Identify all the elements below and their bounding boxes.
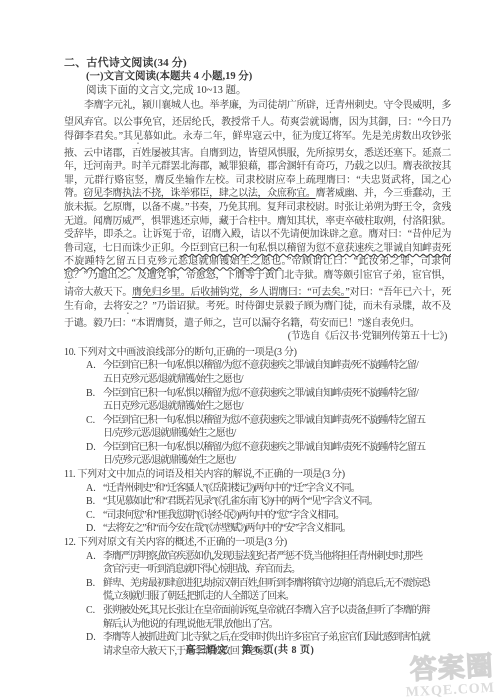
- passage-segment-dot: 见: [133, 131, 143, 142]
- watermark-brand-logo: 答案圈: [404, 653, 495, 685]
- option-line: “司隶何愆”和“匪我愆期”(《诗经·氓》)两句中的“愆”字含义相同。: [103, 509, 451, 523]
- section-title: 二、古代诗文阅读(34 分): [64, 56, 451, 70]
- option-C: C.“司隶何愆”和“匪我愆期”(《诗经·氓》)两句中的“愆”字含义相同。: [64, 509, 451, 523]
- option-line: 今臣到官已积一旬/私惧以稽留为愆/不意获速疾之罪/诚自知衅责/死不旋踵/特乞留五: [103, 414, 451, 428]
- footer-course-label: 高三语文: [186, 645, 228, 656]
- passage-segment-underline: 窃见李膺执法不挠，诛举邪臣，肆之以法，众庶称宜。: [83, 188, 315, 199]
- passage-segment-dot: 迁: [325, 100, 335, 111]
- option-line: 五日克殄元恶/退就鼎镬/始生之愿也/: [103, 373, 451, 387]
- option-label: C.: [86, 414, 103, 441]
- question-11: 11. 下列对文中加点的词语及相关内容的解说,不正确的一项是(3 分)A.“迁青…: [64, 468, 451, 536]
- option-text: “去将安之”和“而今安在哉”(《赤壁赋》)两句中的“安”字含义相同。: [103, 522, 451, 536]
- reading-instruction: 阅读下面的文言文,完成 10~13 题。: [86, 84, 451, 98]
- option-text: 鲜卑、羌虏最初肆意进犯,劫掠汉朝百姓,但听到李膺将镇守边境的消息后,无不震惊恐慌…: [103, 577, 451, 604]
- option-label: B.: [86, 387, 103, 414]
- option-text: “其见慕如此”和“君既若见录”(《孔雀东南飞》)中的两个“见”字含义不同。: [103, 495, 451, 509]
- option-label: C.: [86, 604, 103, 631]
- option-text: “迁青州刺史”和“迁客骚人”(《岳阳楼记》)两句中的“迁”字含义不同。: [103, 482, 451, 496]
- option-line: 今臣到官已积一旬/私惧以稽留/为愆不意获速疾之罪/诚自知衅责/死不旋踵/特乞留/: [103, 359, 451, 373]
- option-B: B.“其见慕如此”和“君既若见录”(《孔雀东南飞》)中的两个“见”字含义不同。: [64, 495, 451, 509]
- watermark: 答案圈 MXQE.COM: [404, 653, 495, 698]
- option-line: “去将安之”和“而今安在哉”(《赤壁赋》)两句中的“安”字含义相同。: [103, 522, 451, 536]
- option-text: 张朔被处死,其兄长张让在皇帝面前诉冤,皇帝就召李膺入宫予以责备,但听了李膺的辩解…: [103, 604, 451, 631]
- option-text: 今臣到官已积一旬/私惧以稽留为愆/不意获速疾之罪/诚自知衅/责死不旋踵/特乞留/…: [103, 387, 451, 414]
- passage-segment-dot: 安: [123, 301, 133, 312]
- option-line: 李膺严厉明察,做官疾恶如仇,发现违法犯纪者严惩不贷,当他将担任青州刺史时,那些: [103, 550, 451, 564]
- option-line: “其见慕如此”和“君既若见录”(《孔雀东南飞》)中的两个“见”字含义不同。: [103, 495, 451, 509]
- question-stem: 10. 下列对文中画波浪线部分的断句,正确的一项是(3 分): [64, 346, 451, 360]
- option-label: A.: [86, 482, 103, 496]
- option-D: D.今臣到官已积一旬/私惧以稽留/为愆不意获速疾之罪/诚自知衅/责死不旋踵/特乞…: [64, 441, 451, 468]
- option-line: 张朔被处死,其兄长张让在皇帝面前诉冤,皇帝就召李膺入宫予以责备,但听了李膺的辩: [103, 604, 451, 618]
- option-label: B.: [86, 577, 103, 604]
- option-line: 慌,立刻就归服了朝廷,把抓走的人全都送了回来。: [103, 590, 451, 604]
- passage-attribution: (节选自《后汉书·党锢列传第五十七》): [64, 330, 451, 344]
- option-C: C.今臣到官已积一旬/私惧以稽留为愆/不意获速疾之罪/诚自知衅责/死不旋踵/特乞…: [64, 414, 451, 441]
- option-A: A.李膺严厉明察,做官疾恶如仇,发现违法犯纪者严惩不贷,当他将担任青州刺史时,那…: [64, 550, 451, 577]
- option-C: C.张朔被处死,其兄长张让在皇帝面前诉冤,皇帝就召李膺入宫予以责备,但听了李膺的…: [64, 604, 451, 631]
- option-A: A.今臣到官已积一旬/私惧以稽留/为愆不意获速疾之罪/诚自知衅责/死不旋踵/特乞…: [64, 359, 451, 386]
- option-line: 解后,认为他说的有理,说他无罪,放他出了宫。: [103, 618, 451, 632]
- classical-passage: 李膺字元礼，颍川襄城人也。举孝廉，为司徒胡广所辟，迁青州刺史。守令畏威明，多望风…: [64, 99, 451, 330]
- question-stem: 11. 下列对文中加点的词语及相关内容的解说,不正确的一项是(3 分): [64, 468, 451, 482]
- option-D: D.“去将安之”和“而今安在哉”(《赤壁赋》)两句中的“安”字含义相同。: [64, 522, 451, 536]
- option-line: 今臣到官已积一旬/私惧以稽留为愆/不意获速疾之罪/诚自知衅/责死不旋踵/特乞留/: [103, 387, 451, 401]
- option-text: 李膺严厉明察,做官疾恶如仇,发现违法犯纪者严惩不贷,当他将担任青州刺史时,那些贪…: [103, 550, 451, 577]
- option-A: A.“迁青州刺史”和“迁客骚人”(《岳阳楼记》)两句中的“迁”字含义不同。: [64, 482, 451, 496]
- option-line: 日/克殄元恶/退就鼎镬/始生之愿也/: [103, 427, 451, 441]
- option-B: B.鲜卑、羌虏最初肆意进犯,劫掠汉朝百姓,但听到李膺将镇守边境的消息后,无不震惊…: [64, 577, 451, 604]
- subsection-title: (一)文言文阅读(本题共 4 小题,19 分): [86, 70, 451, 84]
- exam-page: 二、古代诗文阅读(34 分) (一)文言文阅读(本题共 4 小题,19 分) 阅…: [0, 0, 500, 698]
- passage-segment-underline: 膺免归乡里。后收捕钩党，乡人谓膺曰：“可去矣。”: [132, 287, 349, 298]
- option-line: “迁青州刺史”和“迁客骚人”(《岳阳楼记》)两句中的“迁”字含义不同。: [103, 482, 451, 496]
- option-B: B.今臣到官已积一旬/私惧以稽留为愆/不意获速疾之罪/诚自知衅/责死不旋踵/特乞…: [64, 387, 451, 414]
- option-label: A.: [86, 359, 103, 386]
- footer-page-number: 第 6 页(共 8 页): [242, 645, 315, 656]
- question-10: 10. 下列对文中画波浪线部分的断句,正确的一项是(3 分)A.今臣到官已积一旬…: [64, 346, 451, 468]
- passage-segment-normal: 。”帝顾谓让曰：“此汝弟之罪，司隶何: [281, 256, 451, 267]
- option-line: 五日克殄元恶/退就鼎镬/始生之愿也/: [103, 400, 451, 414]
- option-label: C.: [86, 509, 103, 523]
- page-content: 二、古代诗文阅读(34 分) (一)文言文阅读(本题共 4 小题,19 分) 阅…: [64, 56, 451, 658]
- option-label: D.: [86, 522, 103, 536]
- option-line: 日/克殄元恶/退就鼎镬/始生之愿也/: [103, 454, 451, 468]
- watermark-site-name: MXQE.COM: [405, 682, 495, 698]
- option-line: 鲜卑、羌虏最初肆意进犯,劫掠汉朝百姓,但听到李膺将镇守边境的消息后,无不震惊恐: [103, 577, 451, 591]
- passage-segment-dot: 愆: [64, 270, 74, 281]
- question-list: 10. 下列对文中画波浪线部分的断句,正确的一项是(3 分)A.今臣到官已积一旬…: [64, 346, 451, 659]
- passage-segment-normal: 李膺字元礼，颍川襄城人也。举孝廉，为司徒胡广所辟，: [84, 100, 325, 111]
- option-line: 今臣到官已积一旬/私惧以稽留/为愆不意获速疾之罪/诚自知衅/责死不旋踵/特乞留五: [103, 441, 451, 455]
- option-text: 今臣到官已积一旬/私惧以稽留/为愆不意获速疾之罪/诚自知衅责/死不旋踵/特乞留/…: [103, 359, 451, 386]
- option-text: 今臣到官已积一旬/私惧以稽留/为愆不意获速疾之罪/诚自知衅/责死不旋踵/特乞留五…: [103, 441, 451, 468]
- option-text: “司隶何愆”和“匪我愆期”(《诗经·氓》)两句中的“愆”字含义相同。: [103, 509, 451, 523]
- option-text: 今臣到官已积一旬/私惧以稽留为愆/不意获速疾之罪/诚自知衅责/死不旋踵/特乞留五…: [103, 414, 451, 441]
- option-line: 贪官污吏一听到消息就吓得心惊胆战、弃官而去。: [103, 563, 451, 577]
- option-label: B.: [86, 495, 103, 509]
- option-label: A.: [86, 550, 103, 577]
- question-stem: 12. 下列对原文有关内容的概述,不正确的一项是(3 分): [64, 536, 451, 550]
- option-label: D.: [86, 441, 103, 468]
